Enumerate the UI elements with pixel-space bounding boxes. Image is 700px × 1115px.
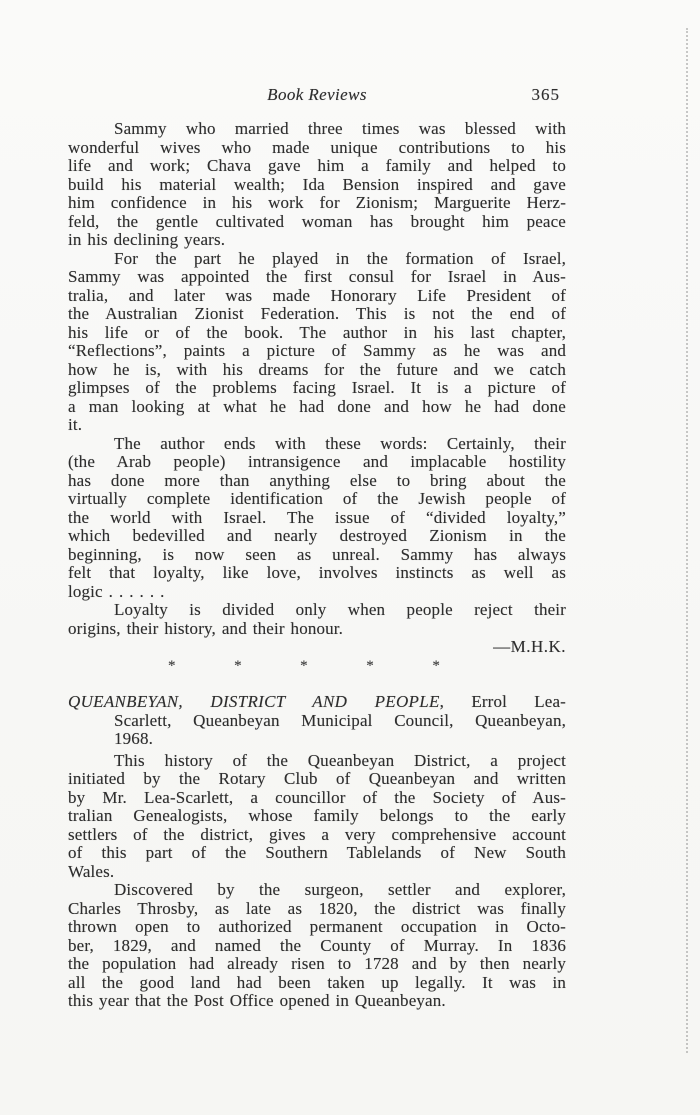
text-line: wonderful wives who made unique contribu… xyxy=(68,139,566,158)
paragraph: For the part he played in the formation … xyxy=(68,250,566,435)
scan-artifact-dotted-line xyxy=(686,28,688,1053)
text-line: the population had already risen to 1728… xyxy=(68,955,566,974)
page-title: Book Reviews xyxy=(68,85,566,104)
text-line: Charles Throsby, as late as 1820, the di… xyxy=(68,900,566,919)
paragraph: Discovered by the surgeon, settler and e… xyxy=(68,881,566,1011)
text-line: life and work; Chava gave him a family a… xyxy=(68,157,566,176)
asterisk: * xyxy=(366,657,374,676)
text-line: him confidence in his work for Zionism; … xyxy=(68,194,566,213)
text-line: “Reflections”, paints a picture of Sammy… xyxy=(68,342,566,361)
text-line: beginning, is now seen as unreal. Sammy … xyxy=(68,546,566,565)
asterisk: * xyxy=(234,657,242,676)
text-line: it. xyxy=(68,416,566,435)
reviewer-initials: —M.H.K. xyxy=(68,638,566,657)
text-line: of this part of the Southern Tablelands … xyxy=(68,844,566,863)
running-header: Book Reviews 365 xyxy=(68,85,566,105)
text-line: the world with Israel. The issue of “div… xyxy=(68,509,566,528)
text-line: thrown open to authorized permanent occu… xyxy=(68,918,566,937)
text-line: his life or of the book. The author in h… xyxy=(68,324,566,343)
text-line: Discovered by the surgeon, settler and e… xyxy=(68,881,566,900)
review-book-title: QUEANBEYAN, DISTRICT AND PEOPLE xyxy=(68,692,440,711)
asterisk: * xyxy=(432,657,440,676)
asterisk-divider: ***** xyxy=(168,657,440,676)
text-line: feld, the gentle cultivated woman has br… xyxy=(68,213,566,232)
text-line: For the part he played in the formation … xyxy=(68,250,566,269)
review-heading-line: QUEANBEYAN, DISTRICT AND PEOPLE, Errol L… xyxy=(68,693,566,712)
text-line: Loyalty is divided only when people reje… xyxy=(68,601,566,620)
text-line: how he is, with his dreams for the futur… xyxy=(68,361,566,380)
text-line: The author ends with these words: Certai… xyxy=(68,435,566,454)
text-line: a man looking at what he had done and ho… xyxy=(68,398,566,417)
paragraph: This history of the Queanbeyan District,… xyxy=(68,752,566,882)
text-line: initiated by the Rotary Club of Queanbey… xyxy=(68,770,566,789)
text-line: felt that loyalty, like love, involves i… xyxy=(68,564,566,583)
text-line: the Australian Zionist Federation. This … xyxy=(68,305,566,324)
text-line: tralia, and later was made Honorary Life… xyxy=(68,287,566,306)
review-queanbeyan-body: This history of the Queanbeyan District,… xyxy=(68,752,566,1011)
text-line: (the Arab people) intransigence and impl… xyxy=(68,453,566,472)
review-author: , Errol Lea- xyxy=(440,692,566,711)
paragraph: The author ends with these words: Certai… xyxy=(68,435,566,602)
text-line: Sammy who married three times was blesse… xyxy=(68,120,566,139)
text-line: tralian Genealogists, whose family belon… xyxy=(68,807,566,826)
asterisk: * xyxy=(300,657,308,676)
paragraph: Loyalty is divided only when people reje… xyxy=(68,601,566,638)
text-line: This history of the Queanbeyan District,… xyxy=(68,752,566,771)
text-line: settlers of the district, gives a very c… xyxy=(68,826,566,845)
text-line: has done more than anything else to brin… xyxy=(68,472,566,491)
text-line: ber, 1829, and named the County of Murra… xyxy=(68,937,566,956)
review-heading-continuation: Scarlett, Queanbeyan Municipal Council, … xyxy=(114,712,566,749)
page-number: 365 xyxy=(532,85,561,104)
text-line: logic . . . . . . xyxy=(68,583,566,602)
text-line: in his declining years. xyxy=(68,231,566,250)
asterisk: * xyxy=(168,657,176,676)
page-body: Sammy who married three times was blesse… xyxy=(68,120,566,1011)
text-line: virtually complete identification of the… xyxy=(68,490,566,509)
review-sammy-body: Sammy who married three times was blesse… xyxy=(68,120,566,638)
text-line: this year that the Post Office opened in… xyxy=(68,992,566,1011)
text-line: Scarlett, Queanbeyan Municipal Council, … xyxy=(114,712,566,731)
review-heading: QUEANBEYAN, DISTRICT AND PEOPLE, Errol L… xyxy=(68,693,566,749)
text-line: Wales. xyxy=(68,863,566,882)
text-line: which bedevilled and nearly destroyed Zi… xyxy=(68,527,566,546)
text-line: 1968. xyxy=(114,730,566,749)
text-line: by Mr. Lea-Scarlett, a councillor of the… xyxy=(68,789,566,808)
scanned-book-page: Book Reviews 365 Sammy who married three… xyxy=(0,0,700,1115)
text-line: glimpses of the problems facing Israel. … xyxy=(68,379,566,398)
text-line: all the good land had been taken up lega… xyxy=(68,974,566,993)
text-line: build his material wealth; Ida Bension i… xyxy=(68,176,566,195)
text-line: origins, their history, and their honour… xyxy=(68,620,566,639)
paragraph: Sammy who married three times was blesse… xyxy=(68,120,566,250)
text-line: Sammy was appointed the first consul for… xyxy=(68,268,566,287)
